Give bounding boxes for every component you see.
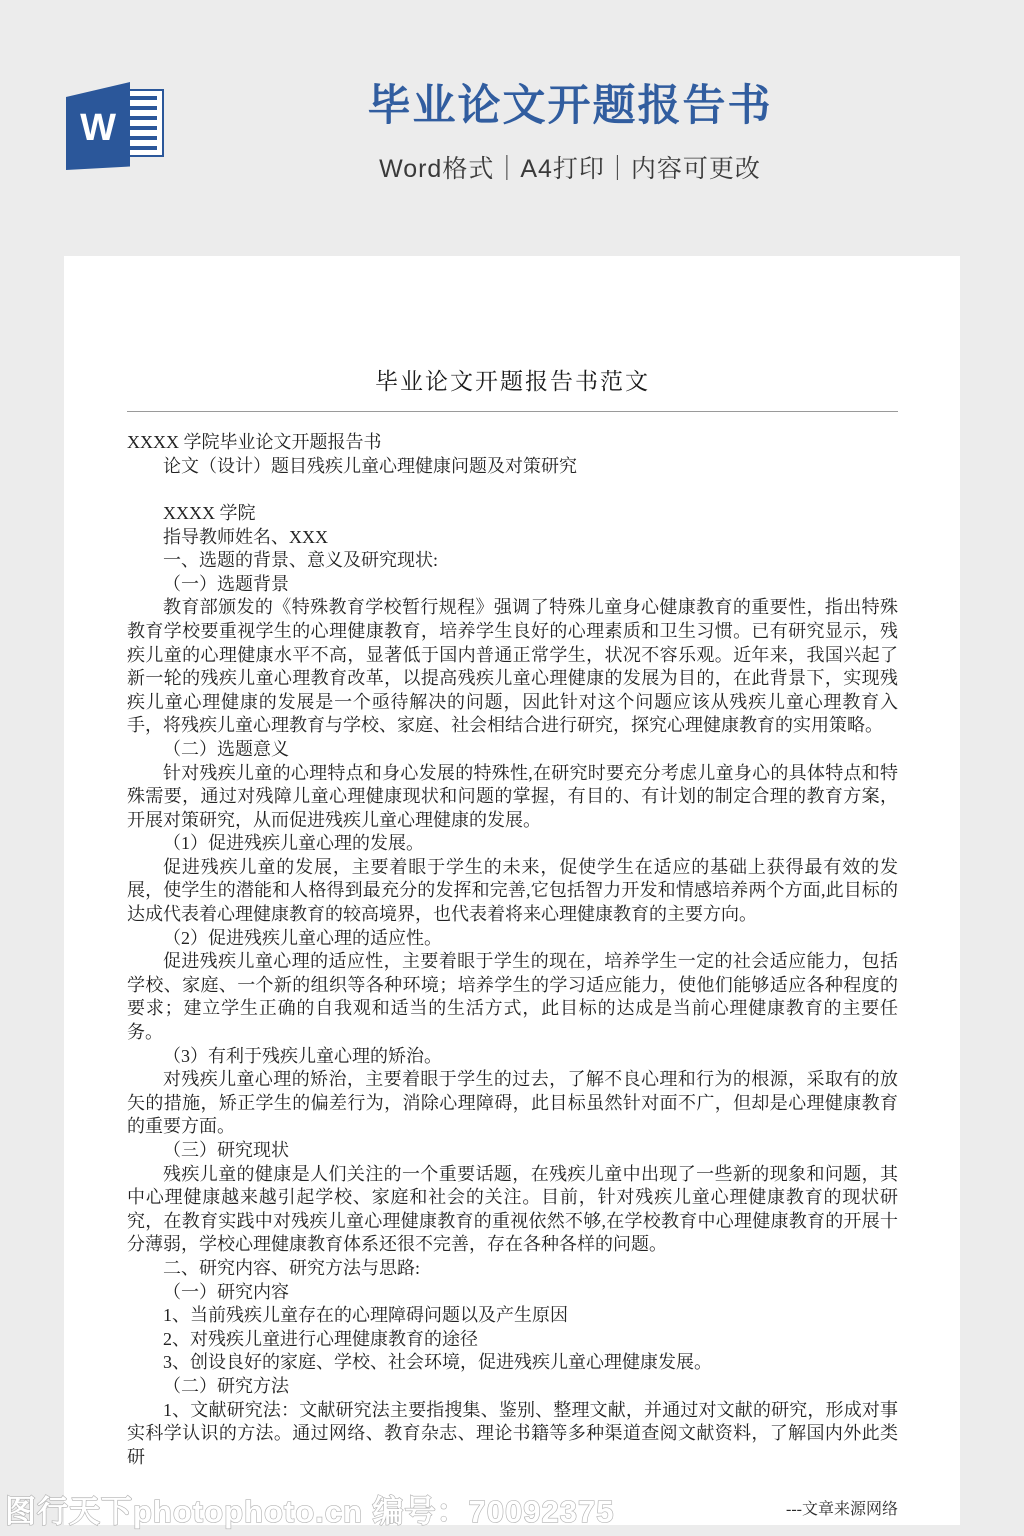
poster-title: 毕业论文开题报告书	[170, 80, 970, 134]
doc-paragraph: 2、对残疾儿童进行心理健康教育的途径	[127, 1328, 898, 1352]
doc-paragraph: 促进残疾儿童心理的适应性，主要着眼于学生的现在，培养学生一定的社会适应能力，包括…	[127, 950, 898, 1044]
doc-paragraph: 论文（设计）题目残疾儿童心理健康问题及对策研究	[127, 455, 898, 479]
header-text: 毕业论文开题报告书 Word格式｜A4打印｜内容可更改	[170, 80, 970, 185]
doc-paragraph: 3、创设良好的家庭、学校、社会环境，促进残疾儿童心理健康发展。	[127, 1351, 898, 1375]
doc-paragraph: 一、选题的背景、意义及研究现状:	[127, 549, 898, 573]
poster-subtitle: Word格式｜A4打印｜内容可更改	[170, 149, 970, 185]
doc-paragraph: 对残疾儿童心理的矫治，主要着眼于学生的过去，了解不良心理和行为的根源，采取有的放…	[127, 1068, 898, 1139]
doc-paragraph: XXXX 学院毕业论文开题报告书	[127, 431, 898, 455]
document-title: 毕业论文开题报告书范文	[127, 366, 898, 398]
doc-paragraph: （3）有利于残疾儿童心理的矫治。	[127, 1045, 898, 1069]
doc-paragraph: （2）促进残疾儿童心理的适应性。	[127, 927, 898, 951]
doc-paragraph: （三）研究现状	[127, 1139, 898, 1163]
doc-paragraph: XXXX 学院	[127, 502, 898, 526]
header: W 毕业论文开题报告书 Word格式｜A4打印｜内容可更改	[0, 0, 1024, 256]
doc-paragraph: 1、文献研究法：文献研究法主要指搜集、鉴别、整理文献，并通过对文献的研究，形成对…	[127, 1399, 898, 1470]
word-icon-front-panel: W	[66, 82, 130, 170]
doc-paragraph: 教育部颁发的《特殊教育学校暂行规程》强调了特殊儿童身心健康教育的重要性，指出特殊…	[127, 596, 898, 738]
doc-paragraph: （二）研究方法	[127, 1375, 898, 1399]
doc-paragraph: 1、当前残疾儿童存在的心理障碍问题以及产生原因	[127, 1304, 898, 1328]
doc-paragraph: （一）研究内容	[127, 1281, 898, 1305]
document-page: 毕业论文开题报告书范文 XXXX 学院毕业论文开题报告书论文（设计）题目残疾儿童…	[64, 256, 960, 1525]
doc-paragraph: 针对残疾儿童的心理特点和身心发展的特殊性,在研究时要充分考虑儿童身心的具体特点和…	[127, 762, 898, 833]
word-icon: W	[66, 82, 166, 170]
preview-canvas: { "header": { "title": "毕业论文开题报告书", "sub…	[0, 0, 1024, 1536]
doc-paragraph: （一）选题背景	[127, 573, 898, 597]
doc-paragraph: 促进残疾儿童的发展，主要着眼于学生的未来，促使学生在适应的基础上获得最有效的发展…	[127, 856, 898, 927]
site-watermark: 图行天下photophoto.cn 编号：70092375	[5, 1486, 614, 1531]
doc-paragraph: 指导教师姓名、XXX	[127, 526, 898, 550]
doc-paragraph: （二）选题意义	[127, 738, 898, 762]
doc-paragraph: 二、研究内容、研究方法与思路:	[127, 1257, 898, 1281]
doc-paragraph: （1）促进残疾儿童心理的发展。	[127, 832, 898, 856]
word-icon-letter: W	[80, 105, 116, 147]
doc-paragraph: 残疾儿童的健康是人们关注的一个重要话题，在残疾儿童中出现了一些新的现象和问题，其…	[127, 1163, 898, 1257]
doc-paragraph	[127, 478, 898, 502]
document-body: XXXX 学院毕业论文开题报告书论文（设计）题目残疾儿童心理健康问题及对策研究X…	[127, 431, 898, 1469]
title-divider	[127, 411, 898, 412]
